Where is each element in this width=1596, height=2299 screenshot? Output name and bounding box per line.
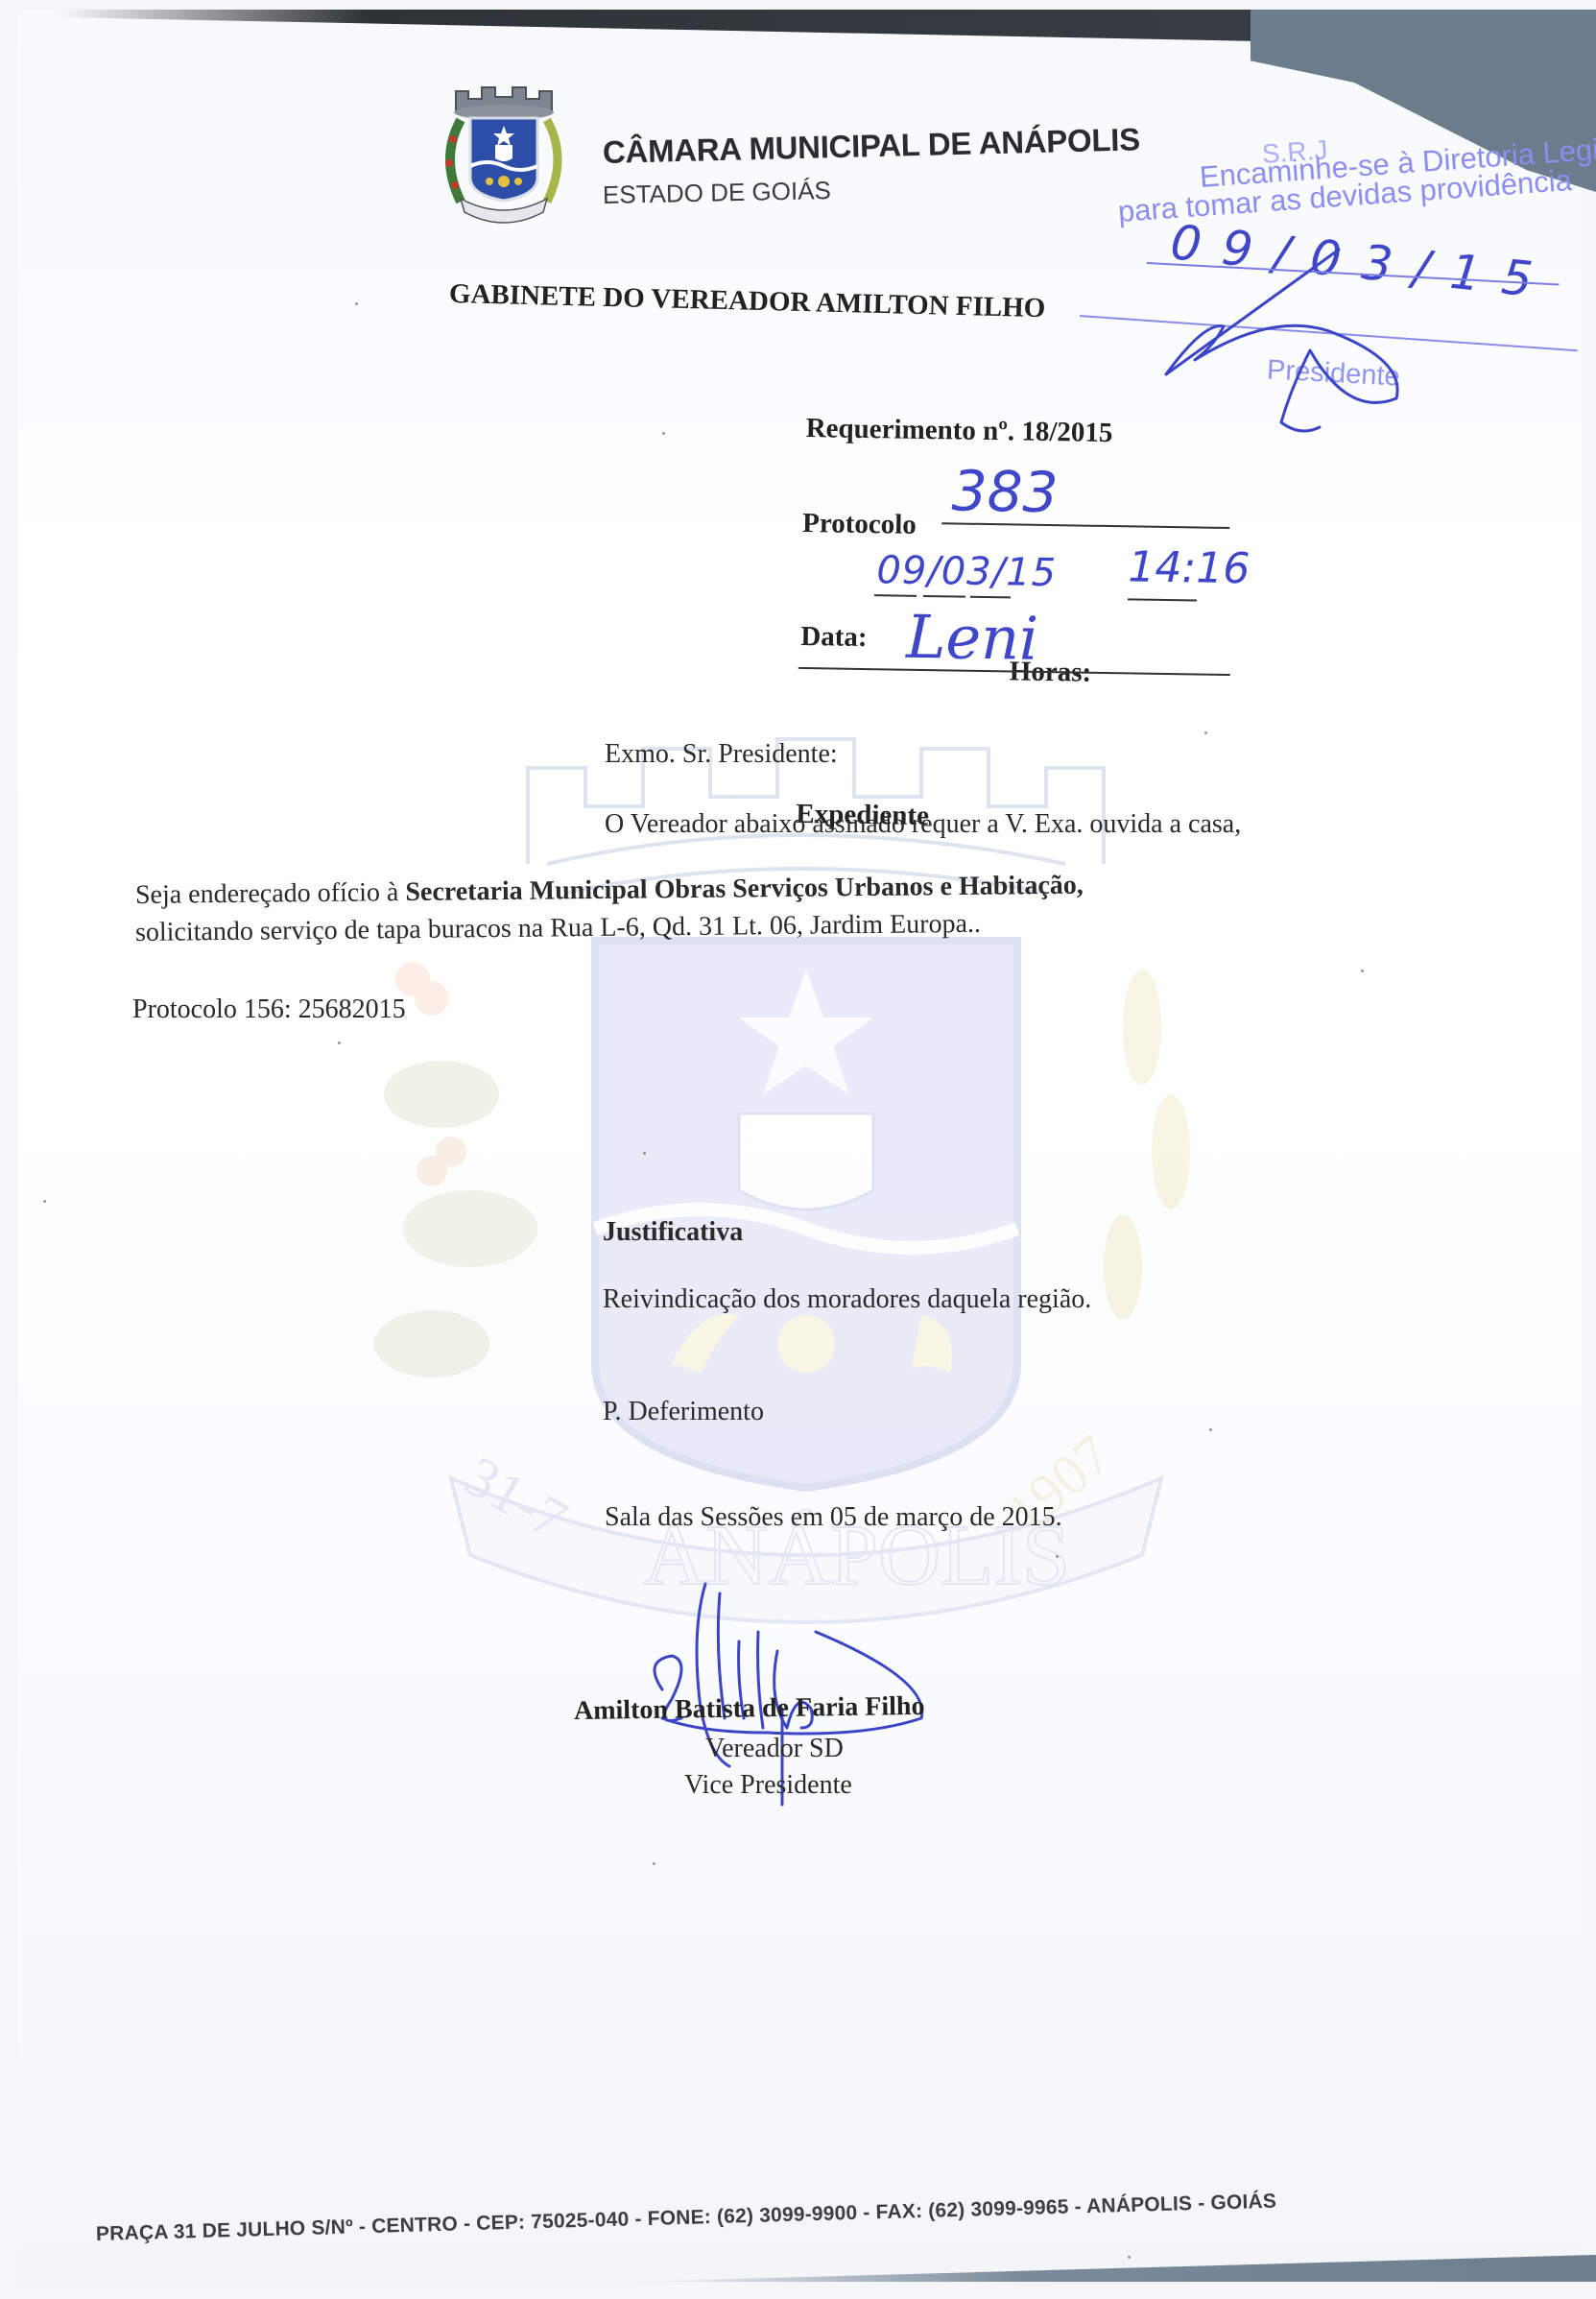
- protocol-reference: Protocolo 156: 25682015: [132, 994, 406, 1025]
- closing-phrase: P. Deferimento: [603, 1397, 764, 1427]
- scan-speck: [43, 1200, 46, 1203]
- place-and-date: Sala das Sessões em 05 de março de 2015.: [605, 1502, 1062, 1533]
- scan-speck: [1204, 731, 1207, 734]
- scan-speck: [355, 302, 358, 305]
- expediente-signature: Leni: [906, 602, 1039, 674]
- justification-text: Reivindicação dos moradores daquela regi…: [603, 1284, 1091, 1315]
- horas-value: 14:16: [1128, 542, 1251, 593]
- signatory-role: Vereador SD: [705, 1734, 844, 1764]
- president-signature-icon: [1118, 139, 1596, 446]
- scan-speck: [1128, 2256, 1131, 2259]
- scan-speck: [1209, 1428, 1212, 1431]
- state-name: ESTADO DE GOIÁS: [603, 176, 832, 210]
- scan-speck: [338, 1042, 341, 1044]
- signatory-title: Vice Presidente: [684, 1770, 852, 1801]
- protocolo-value: 383: [951, 458, 1059, 525]
- protocol-form: Requerimento nº. 18/2015 Protocolo 383 D…: [801, 413, 1246, 578]
- justification-heading: Justificativa: [603, 1217, 743, 1248]
- requerimento-number: Requerimento nº. 18/2015: [805, 413, 1247, 451]
- scan-speck: [1361, 970, 1364, 972]
- scan-speck: [653, 1862, 655, 1865]
- request-recipient: Secretaria Municipal Obras Serviços Urba…: [405, 871, 1084, 907]
- scan-speck: [662, 432, 665, 435]
- request-prefix: Seja endereçado ofício à: [135, 877, 406, 910]
- scan-speck: [643, 1152, 646, 1155]
- intro-paragraph: O Vereador abaixo assinado requer a V. E…: [605, 809, 1241, 840]
- scan-speck: [1056, 1555, 1059, 1558]
- dispatch-stamp: S.R.J Encaminhe-se à Diretoria Legislat …: [1118, 139, 1596, 446]
- city-coat-of-arms-icon: [432, 82, 576, 230]
- salutation: Exmo. Sr. Presidente:: [605, 739, 838, 770]
- signatory-name: Amilton Batista de Faria Filho: [574, 1691, 925, 1727]
- data-value: 09/03/15: [876, 548, 1057, 595]
